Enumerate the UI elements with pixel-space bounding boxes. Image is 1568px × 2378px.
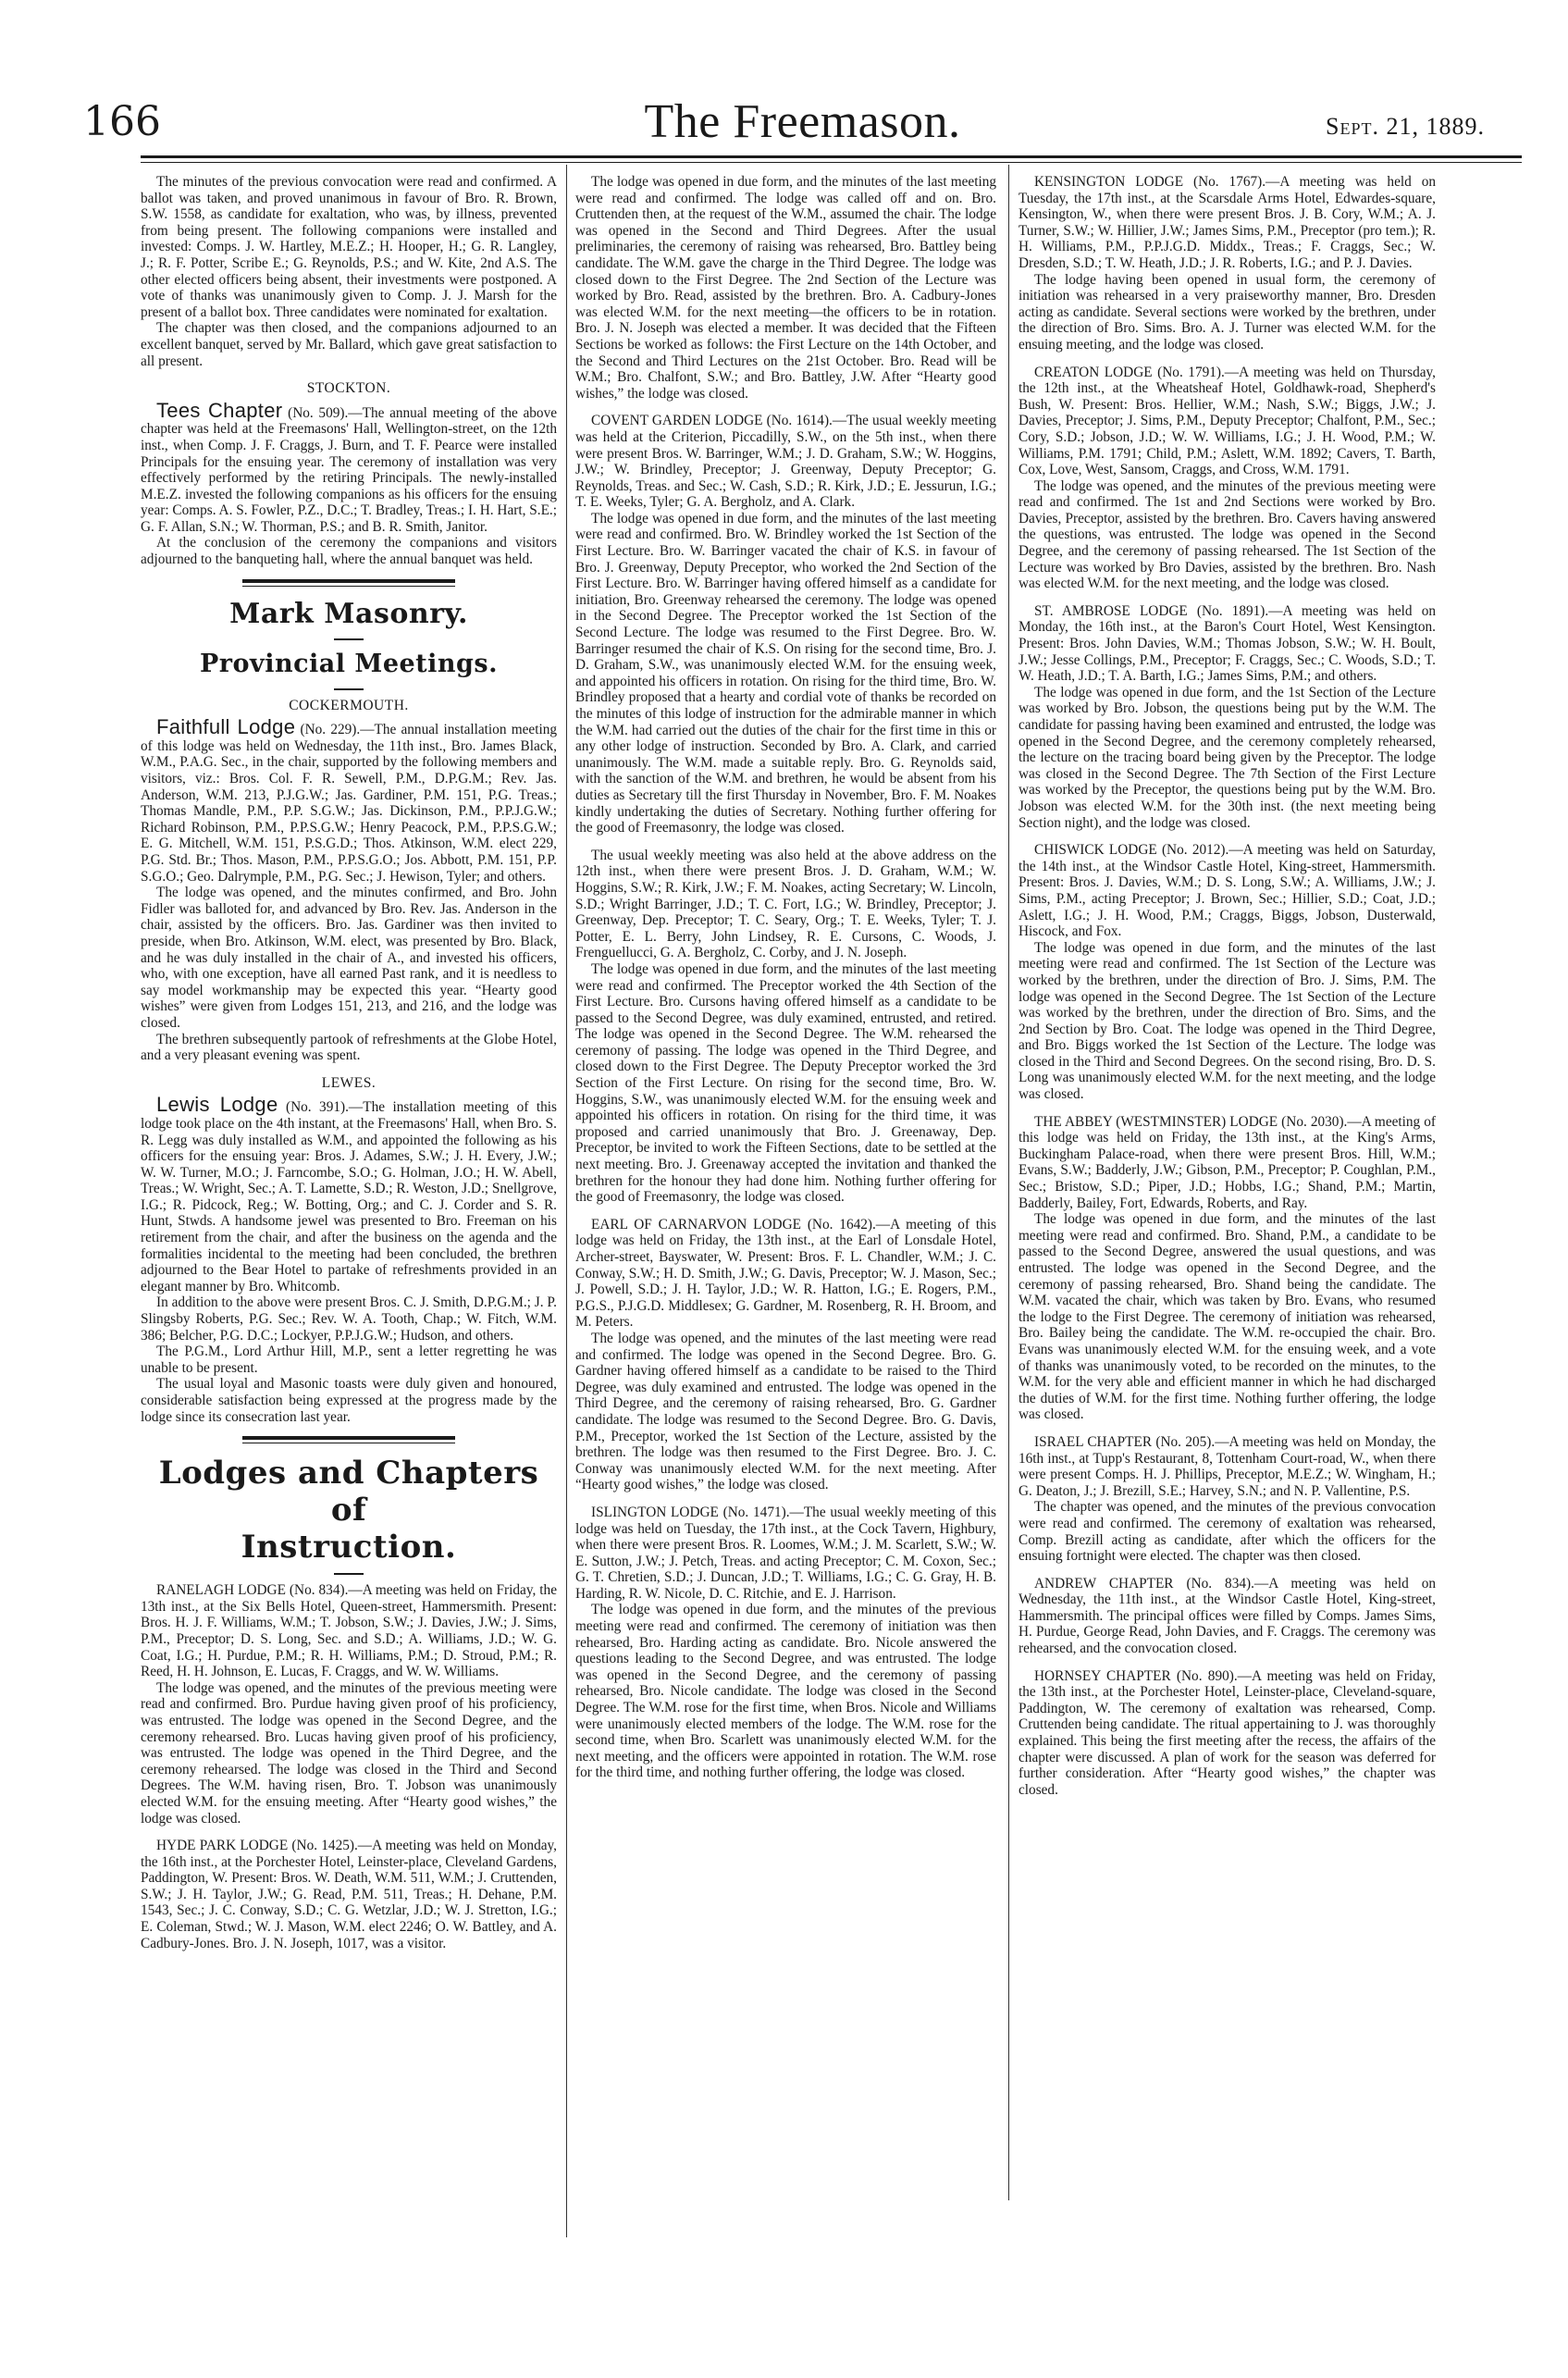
lodge-number: (No. 229).	[300, 722, 360, 737]
paragraph: ISRAEL CHAPTER (No. 205).—A meeting was …	[1019, 1434, 1436, 1499]
paragraph: The lodge was opened in due form, and th…	[1019, 1211, 1436, 1423]
column-left: The minutes of the previous convocation …	[141, 174, 557, 1963]
column-divider	[566, 165, 567, 2237]
newspaper-title: The Freemason.	[83, 98, 1522, 146]
paragraph: ISLINGTON LODGE (No. 1471).—The usual we…	[575, 1505, 996, 1603]
header-rule-thin	[141, 162, 1522, 163]
paragraph: The minutes of the previous convocation …	[141, 174, 557, 320]
double-rule	[242, 1436, 455, 1443]
article-creaton-lodge: CREATON LODGE (No. 1791).—A meeting was …	[1019, 365, 1436, 592]
paragraph: EARL OF CARNARVON LODGE (No. 1642).—A me…	[575, 1217, 996, 1331]
paragraph: Tees Chapter (No. 509).—The annual meeti…	[141, 403, 557, 536]
paragraph: The lodge was opened, and the minutes of…	[1019, 478, 1436, 592]
article-tees-chapter: STOCKTON. Tees Chapter (No. 509).—The an…	[141, 380, 557, 568]
paragraph: RANELAGH LODGE (No. 834).—A meeting was …	[141, 1582, 557, 1680]
article-abbey-westminster-lodge: THE ABBEY (WESTMINSTER) LODGE (No. 2030)…	[1019, 1114, 1436, 1423]
paragraph: The lodge was opened in due form, and th…	[575, 174, 996, 402]
paragraph: KENSINGTON LODGE (No. 1767).—A meeting w…	[1019, 174, 1436, 272]
place-heading: LEWES.	[141, 1075, 557, 1092]
section-title: Mark Masonry.	[141, 598, 557, 631]
section-heading-instruction: Lodges and Chapters of Instruction.	[141, 1436, 557, 1575]
paragraph: The lodge was opened in due form, and th…	[575, 1602, 996, 1781]
article-covent-garden-second-meeting: The usual weekly meeting was also held a…	[575, 848, 996, 1206]
paragraph-text: —The annual meeting of the above chapter…	[141, 405, 557, 535]
paragraph: The P.G.M., Lord Arthur Hill, M.P., sent…	[141, 1344, 557, 1376]
article-hyde-park-continued: The lodge was opened in due form, and th…	[575, 174, 996, 402]
paragraph: The lodge was opened, and the minutes co…	[141, 885, 557, 1031]
paragraph: The lodge having been opened in usual fo…	[1019, 272, 1436, 353]
masthead: 166 The Freemason. Sept. 21, 1889.	[83, 102, 1522, 148]
paragraph: At the conclusion of the ceremony the co…	[141, 535, 557, 567]
paragraph: COVENT GARDEN LODGE (No. 1614).—The usua…	[575, 413, 996, 511]
lodge-name: Tees Chapter	[156, 399, 282, 422]
section-title-line1: Lodges and Chapters of	[141, 1455, 557, 1529]
paragraph: The lodge was opened, and the minutes of…	[141, 1680, 557, 1827]
paragraph: The chapter was then closed, and the com…	[141, 320, 557, 369]
paragraph: The usual loyal and Masonic toasts were …	[141, 1376, 557, 1425]
paragraph: Lewis Lodge (No. 391).—The installation …	[141, 1096, 557, 1294]
section-heading-mark-masonry: Mark Masonry. Provincial Meetings.	[141, 579, 557, 690]
paragraph: HORNSEY CHAPTER (No. 890).—A meeting was…	[1019, 1668, 1436, 1799]
short-rule	[334, 638, 364, 640]
article-kensington-lodge: KENSINGTON LODGE (No. 1767).—A meeting w…	[1019, 174, 1436, 353]
article-islington-lodge: ISLINGTON LODGE (No. 1471).—The usual we…	[575, 1505, 996, 1781]
paragraph-text: —The annual installation meeting of this…	[141, 722, 557, 884]
place-heading: STOCKTON.	[141, 380, 557, 397]
column-right: KENSINGTON LODGE (No. 1767).—A meeting w…	[1019, 174, 1436, 1809]
column-divider	[1008, 165, 1009, 2200]
column-middle: The lodge was opened in due form, and th…	[575, 174, 996, 1792]
paragraph: ANDREW CHAPTER (No. 834).—A meeting was …	[1019, 1576, 1436, 1657]
paragraph: The lodge was opened in due form, and th…	[575, 961, 996, 1206]
article-covent-garden-lodge: COVENT GARDEN LODGE (No. 1614).—The usua…	[575, 413, 996, 836]
paragraph-text: —The installation meeting of this lodge …	[141, 1099, 557, 1294]
paragraph: The lodge was opened in due form, and th…	[575, 511, 996, 836]
paragraph: The usual weekly meeting was also held a…	[575, 848, 996, 961]
section-subtitle: Provincial Meetings.	[141, 648, 557, 681]
section-title-line2: Instruction.	[141, 1529, 557, 1566]
paragraph: ST. AMBROSE LODGE (No. 1891).—A meeting …	[1019, 603, 1436, 685]
lodge-name: Lewis Lodge	[156, 1093, 278, 1116]
article-chapter-continued: The minutes of the previous convocation …	[141, 174, 557, 369]
article-lewis-lodge: LEWES. Lewis Lodge (No. 391).—The instal…	[141, 1075, 557, 1425]
article-israel-chapter: ISRAEL CHAPTER (No. 205).—A meeting was …	[1019, 1434, 1436, 1565]
article-hornsey-chapter: HORNSEY CHAPTER (No. 890).—A meeting was…	[1019, 1668, 1436, 1799]
place-heading: COCKERMOUTH.	[141, 698, 557, 714]
article-chiswick-lodge: CHISWICK LODGE (No. 2012).—A meeting was…	[1019, 842, 1436, 1103]
paragraph: CHISWICK LODGE (No. 2012).—A meeting was…	[1019, 842, 1436, 940]
paragraph: In addition to the above were present Br…	[141, 1294, 557, 1344]
paragraph: THE ABBEY (WESTMINSTER) LODGE (No. 2030)…	[1019, 1114, 1436, 1212]
header-rule	[141, 155, 1522, 158]
paragraph: The lodge was opened in due form, and th…	[1019, 940, 1436, 1103]
paragraph: Faithfull Lodge (No. 229).—The annual in…	[141, 719, 557, 885]
paragraph: CREATON LODGE (No. 1791).—A meeting was …	[1019, 365, 1436, 478]
article-andrew-chapter: ANDREW CHAPTER (No. 834).—A meeting was …	[1019, 1576, 1436, 1657]
paragraph: The chapter was opened, and the minutes …	[1019, 1499, 1436, 1564]
short-rule	[334, 688, 364, 690]
paragraph: The lodge was opened, and the minutes of…	[575, 1331, 996, 1493]
article-st-ambrose-lodge: ST. AMBROSE LODGE (No. 1891).—A meeting …	[1019, 603, 1436, 831]
double-rule	[242, 579, 455, 587]
lodge-number: (No. 509).	[288, 405, 348, 421]
article-earl-of-carnarvon-lodge: EARL OF CARNARVON LODGE (No. 1642).—A me…	[575, 1217, 996, 1493]
issue-date: Sept. 21, 1889.	[1326, 113, 1485, 141]
paragraph: HYDE PARK LODGE (No. 1425).—A meeting wa…	[141, 1838, 557, 1951]
article-ranelagh-lodge: RANELAGH LODGE (No. 834).—A meeting was …	[141, 1582, 557, 1827]
article-hyde-park-lodge: HYDE PARK LODGE (No. 1425).—A meeting wa…	[141, 1838, 557, 1951]
paragraph: The brethren subsequently partook of ref…	[141, 1032, 557, 1064]
article-faithfull-lodge: COCKERMOUTH. Faithfull Lodge (No. 229).—…	[141, 698, 557, 1064]
short-rule	[334, 1573, 364, 1575]
lodge-name: Faithfull Lodge	[156, 715, 295, 738]
paragraph: The lodge was opened in due form, and th…	[1019, 685, 1436, 831]
lodge-number: (No. 391).	[286, 1099, 349, 1115]
